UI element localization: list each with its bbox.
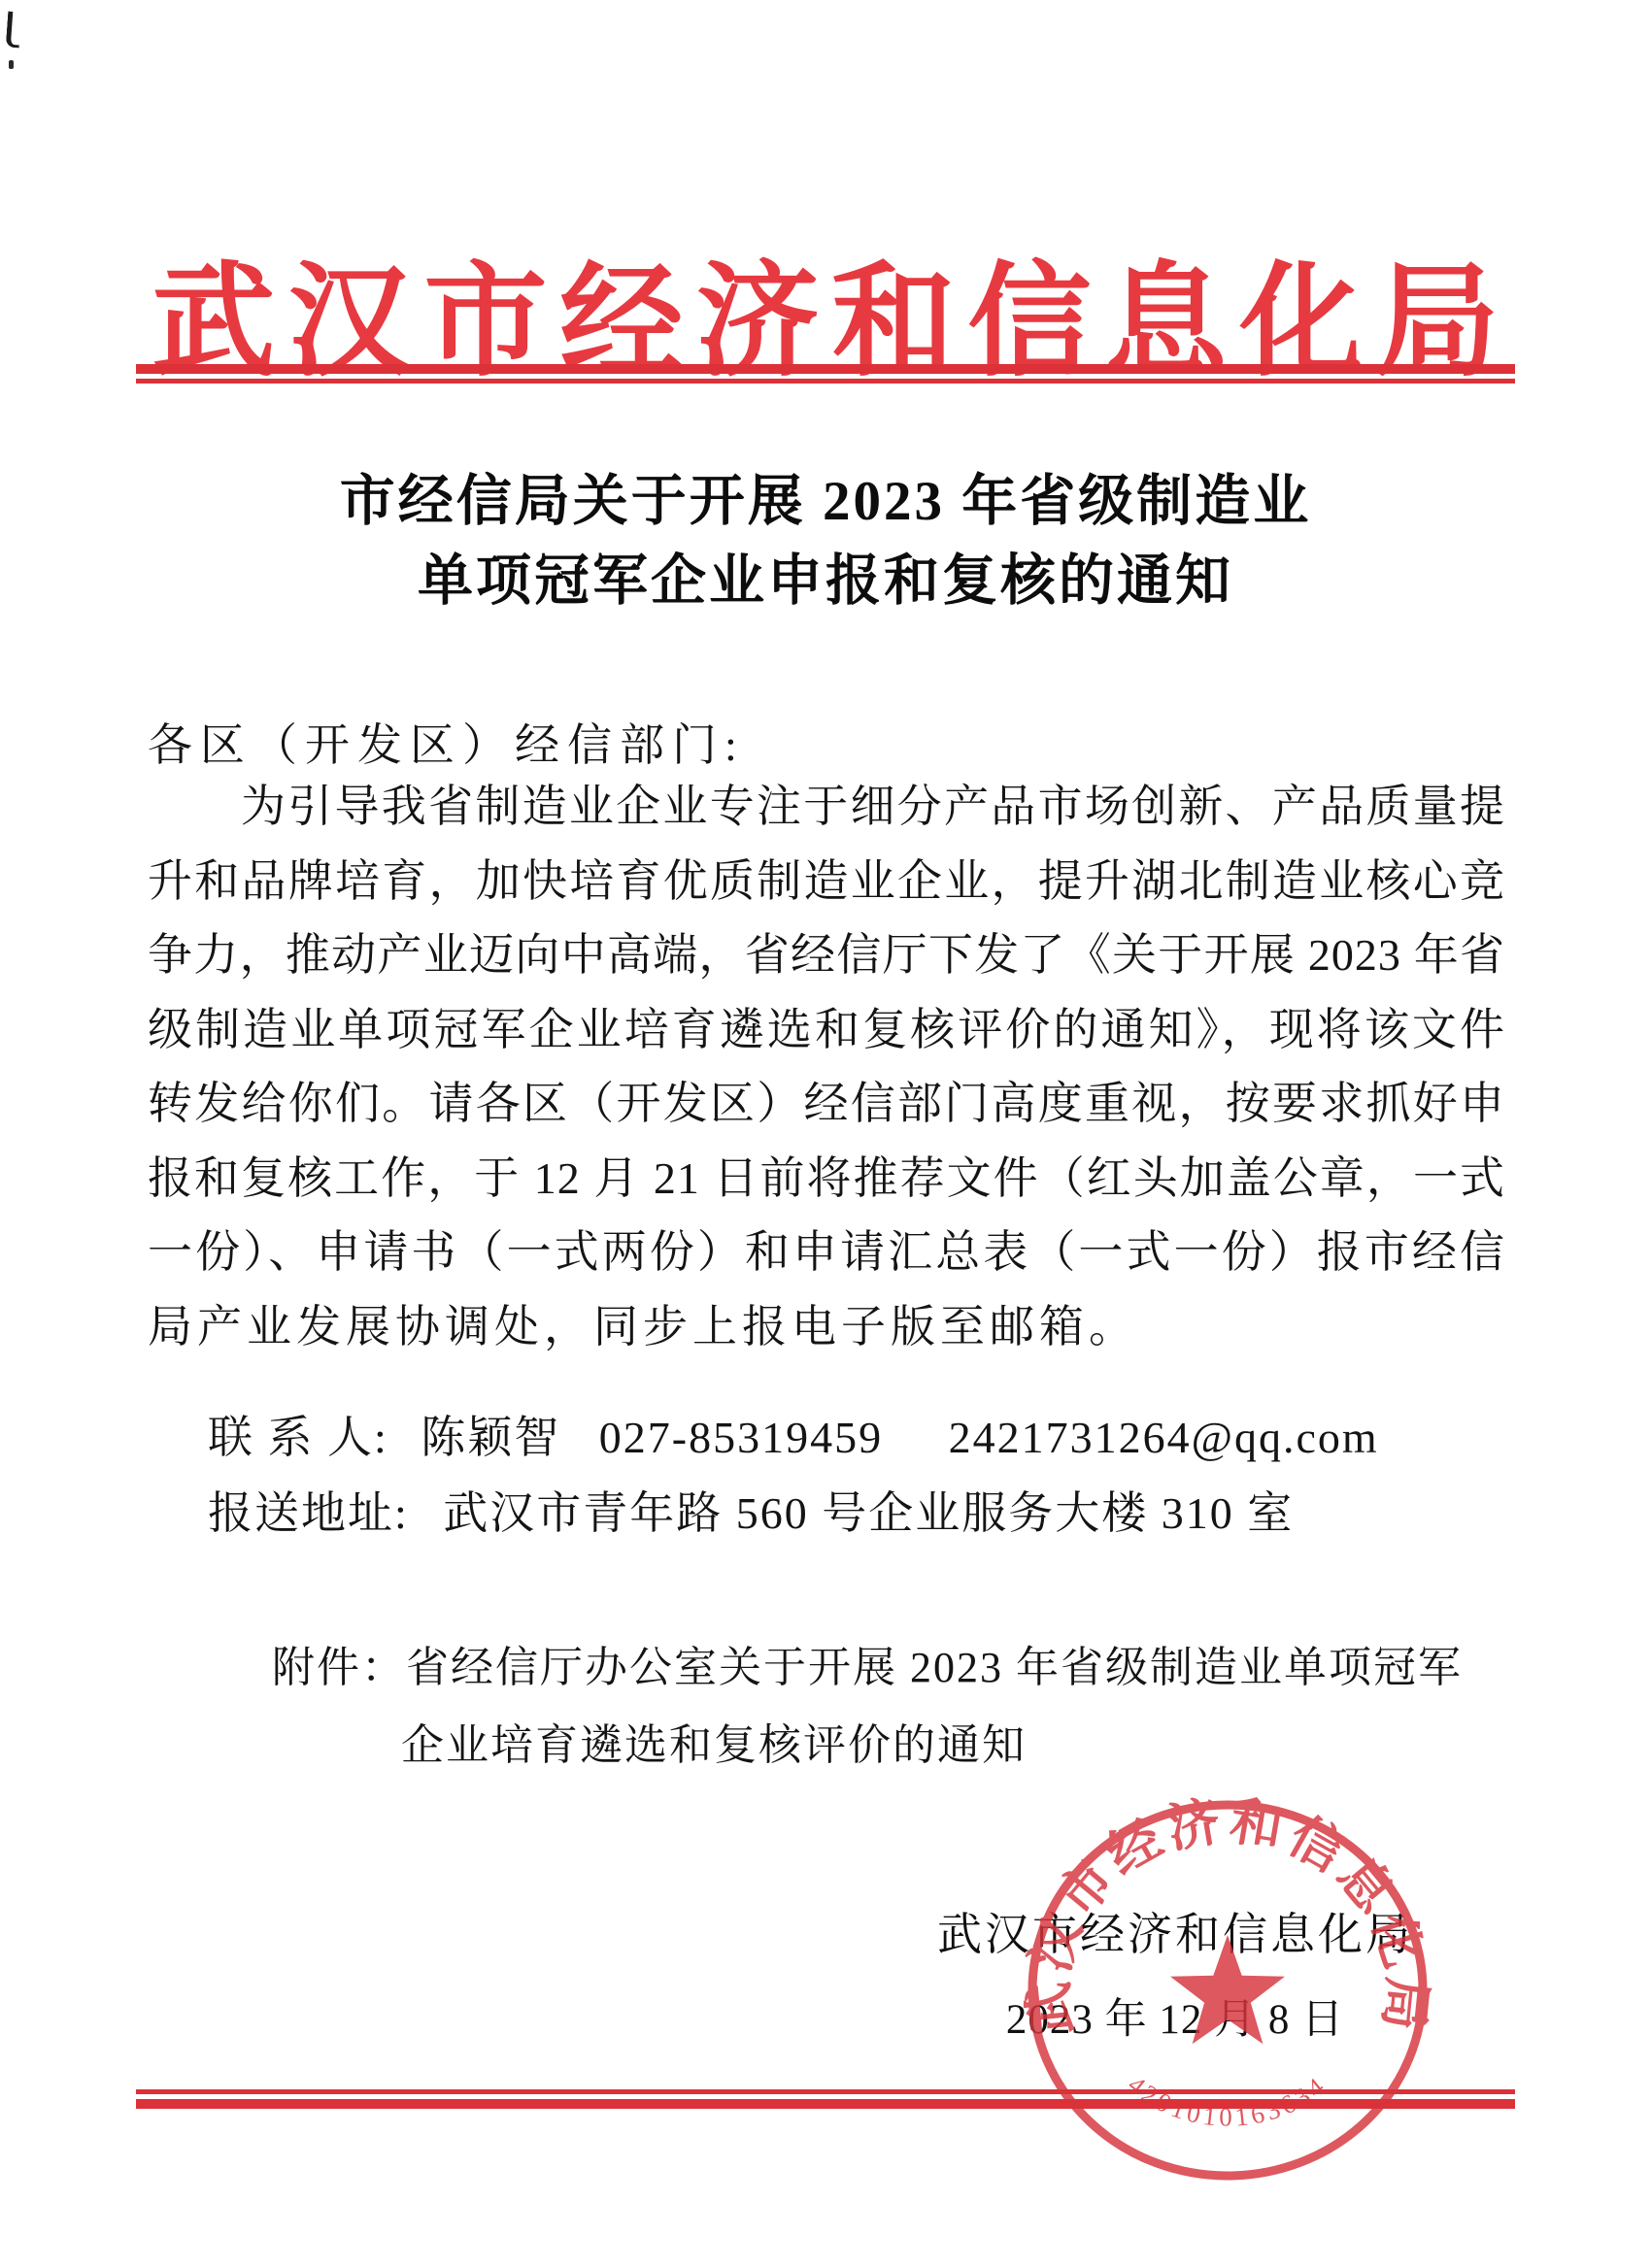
attachment-label: 附件：	[272, 1644, 406, 1691]
letterhead-rule-thick	[136, 364, 1515, 374]
body-paragraph: 为引导我省制造业企业专注于细分产品市场创新、产品质量提 升和品牌培育，加快培育优…	[148, 770, 1505, 1364]
attachment-line1: 附件：省经信厅办公室关于开展 2023 年省级制造业单项冠军	[272, 1632, 1463, 1694]
seal-code: 4201010163634	[1123, 2070, 1332, 2132]
paragraph-line: 局产业发展协调处，同步上报电子版至邮箱。	[148, 1290, 1505, 1365]
paragraph-line: 转发给你们。请各区（开发区）经信部门高度重视，按要求抓好申	[148, 1067, 1505, 1142]
contact-phone: 027-85319459	[599, 1413, 883, 1462]
paragraph-line: 升和品牌培育，加快培育优质制造业企业，提升湖北制造业核心竞	[148, 845, 1505, 919]
paragraph-line: 为引导我省制造业企业专注于细分产品市场创新、产品质量提	[148, 770, 1505, 845]
paragraph-line: 级制造业单项冠军企业培育遴选和复核评价的通知》，现将该文件	[148, 993, 1505, 1068]
scan-artifact-mark	[6, 12, 22, 49]
contact-label: 联 系 人:	[208, 1413, 388, 1462]
attachment-line2: 企业培育遴选和复核评价的通知	[401, 1710, 1027, 1772]
address-value: 武汉市青年路 560 号企业服务大楼 310 室	[443, 1488, 1294, 1538]
contact-email: 2421731264@qq.com	[949, 1413, 1379, 1462]
paragraph-line: 争力，推动产业迈向中高端，省经信厅下发了《关于开展 2023 年省	[148, 918, 1505, 993]
address-label: 报送地址:	[208, 1488, 409, 1538]
document-title-line2: 单项冠军企业申报和复核的通知	[0, 542, 1651, 621]
submission-address-line: 报送地址: 武汉市青年路 560 号企业服务大楼 310 室	[208, 1478, 1294, 1542]
salutation: 各区（开发区）经信部门:	[148, 710, 745, 774]
letterhead-rule-thin	[136, 379, 1515, 384]
svg-text:4201010163634: 4201010163634	[1123, 2070, 1332, 2132]
attachment-title-part1: 省经信厅办公室关于开展 2023 年省级制造业单项冠军	[406, 1644, 1463, 1691]
paragraph-line: 一份）、申请书（一式两份）和申请汇总表（一式一份）报市经信	[148, 1216, 1505, 1290]
seal-star	[1170, 1935, 1285, 2044]
document-title-line1: 市经信局关于开展 2023 年省级制造业	[0, 462, 1651, 542]
paragraph-line: 报和复核工作，于 12 月 21 日前将推荐文件（红头加盖公章，一式	[148, 1142, 1505, 1217]
document-title: 市经信局关于开展 2023 年省级制造业 单项冠军企业申报和复核的通知	[0, 462, 1651, 621]
official-document-page: 武汉市经济和信息化局 市经信局关于开展 2023 年省级制造业 单项冠军企业申报…	[0, 0, 1651, 2268]
contact-line: 联 系 人: 陈颖智 027-85319459 2421731264@qq.co…	[208, 1402, 1379, 1466]
contact-name: 陈颖智	[421, 1413, 560, 1462]
official-seal: 武汉市经济和信息化局 4201010163634	[1022, 1796, 1433, 2185]
scan-artifact-dot	[9, 60, 14, 69]
